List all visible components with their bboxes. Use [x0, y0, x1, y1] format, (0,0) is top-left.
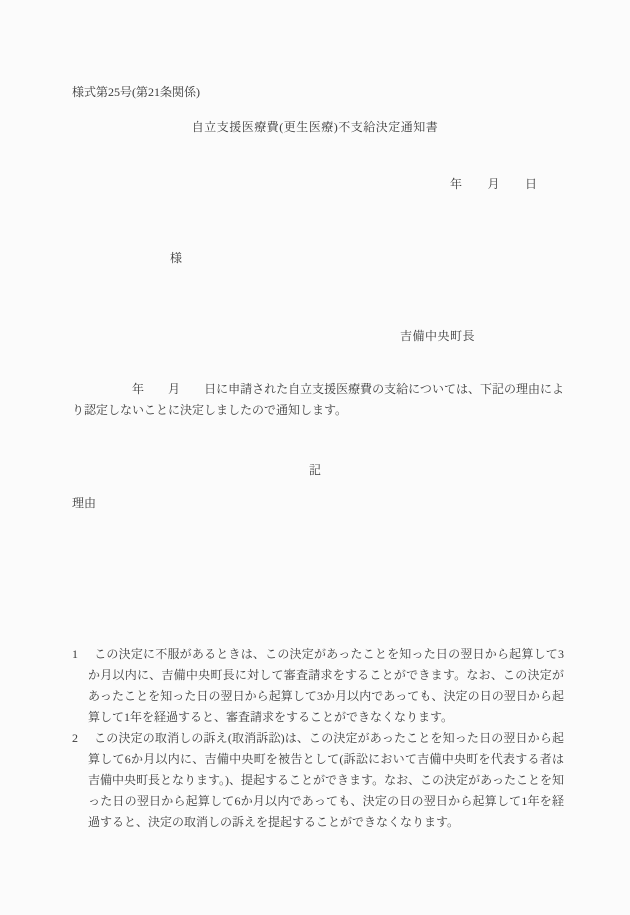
issue-date-line: 年 月 日 — [450, 177, 538, 192]
record-marker: 記 — [0, 463, 630, 478]
issuer-name: 吉備中央町長 — [400, 329, 475, 344]
note-item-1: 1この決定に不服があるときは、この決定があったことを知った日の翌日から起算して3… — [72, 644, 564, 728]
document-title: 自立支援医療費(更生医療)不支給決定通知書 — [0, 120, 630, 135]
note-number: 2 — [72, 731, 78, 745]
note-text: この決定の取消しの訴え(取消訴訟)は、この決定があったことを知った日の翌日から起… — [88, 731, 564, 829]
note-item-2: 2この決定の取消しの訴え(取消訴訟)は、この決定があったことを知った日の翌日から… — [72, 728, 564, 833]
appeal-notes: 1この決定に不服があるときは、この決定があったことを知った日の翌日から起算して3… — [72, 644, 564, 833]
reason-label: 理由 — [72, 496, 96, 511]
form-number: 様式第25号(第21条関係) — [72, 85, 200, 100]
notice-document-page: 様式第25号(第21条関係) 自立支援医療費(更生医療)不支給決定通知書 年 月… — [0, 0, 630, 915]
body-paragraph: 年 月 日に申請された自立支援医療費の支給については、下記の理由により認定しない… — [72, 379, 564, 421]
note-text: この決定に不服があるときは、この決定があったことを知った日の翌日から起算して3か… — [88, 647, 564, 724]
reason-blank-area — [72, 518, 564, 628]
addressee-honorific: 様 — [170, 251, 182, 266]
note-number: 1 — [72, 647, 78, 661]
